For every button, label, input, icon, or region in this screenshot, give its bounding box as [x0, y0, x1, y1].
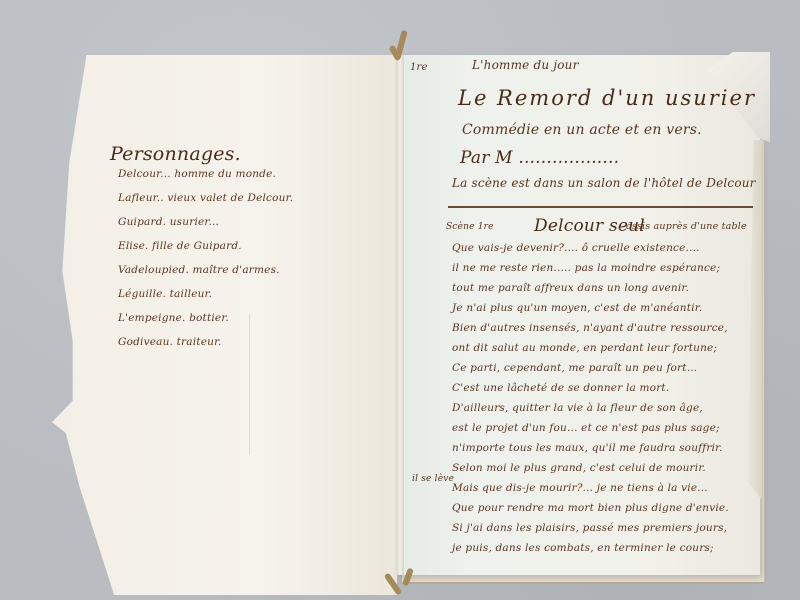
header-note: L'homme du jour: [472, 58, 579, 72]
cast-entry: Léguille. tailleur.: [118, 288, 212, 300]
verse-line: Bien d'autres insensés, n'ayant d'autre …: [452, 322, 728, 334]
scene-label: Scène 1re: [446, 222, 494, 232]
verse-line: tout me paraît affreux dans un long aven…: [452, 282, 689, 294]
verse-line: je puis, dans les combats, en terminer l…: [452, 542, 714, 554]
cast-list-title: Personnages.: [110, 143, 241, 165]
verse-line: Mais que dis-je mourir?... je ne tiens à…: [452, 482, 708, 494]
stage-direction: assis auprès d'une table: [626, 221, 747, 232]
heading-divider: [448, 206, 753, 208]
verse-line: Que vais-je devenir?.... ô cruelle exist…: [452, 242, 700, 254]
cast-entry: L'empeigne. bottier.: [118, 312, 229, 324]
verse-line: Ce parti, cependant, me paraît un peu fo…: [452, 362, 697, 374]
verse-line: Si j'ai dans les plaisirs, passé mes pre…: [452, 522, 727, 534]
verse-line: il ne me reste rien..... pas la moindre …: [452, 262, 720, 274]
play-subtitle: Commédie en un acte et en vers.: [462, 122, 702, 138]
author-line: Par M ..................: [460, 148, 619, 168]
verse-line: ont dit salut au monde, en perdant leur …: [452, 342, 717, 354]
verse-line: n'importe tous les maux, qu'il me faudra…: [452, 442, 723, 454]
fold-crease: [249, 314, 250, 454]
verse-line: Que pour rendre ma mort bien plus digne …: [452, 502, 729, 514]
cast-entry: Lafleur.. vieux valet de Delcour.: [118, 192, 293, 204]
verse-line: est le projet d'un fou... et ce n'est pa…: [452, 422, 720, 434]
verse-line: D'ailleurs, quitter la vie à la fleur de…: [452, 402, 703, 414]
verse-line: Selon moi le plus grand, c'est celui de …: [452, 462, 706, 474]
setting-line: La scène est dans un salon de l'hôtel de…: [452, 176, 756, 190]
cast-entry: Godiveau. traiteur.: [118, 336, 222, 348]
cast-entry: Delcour... homme du monde.: [118, 168, 276, 180]
verse-line: C'est une lâcheté de se donner la mort.: [452, 382, 669, 394]
verse-line: Je n'ai plus qu'un moyen, c'est de m'ané…: [452, 302, 702, 314]
page-number: 1re: [410, 62, 428, 73]
cast-entry: Guipard. usurier...: [118, 216, 219, 228]
margin-stage-note: il se lève: [412, 474, 454, 484]
binding-gutter: [396, 55, 404, 575]
cast-entry: Elise. fille de Guipard.: [118, 240, 242, 252]
left-page: [52, 55, 397, 595]
cast-entry: Vadeloupied. maître d'armes.: [118, 264, 280, 276]
play-title: Le Remord d'un usurier: [458, 86, 756, 110]
